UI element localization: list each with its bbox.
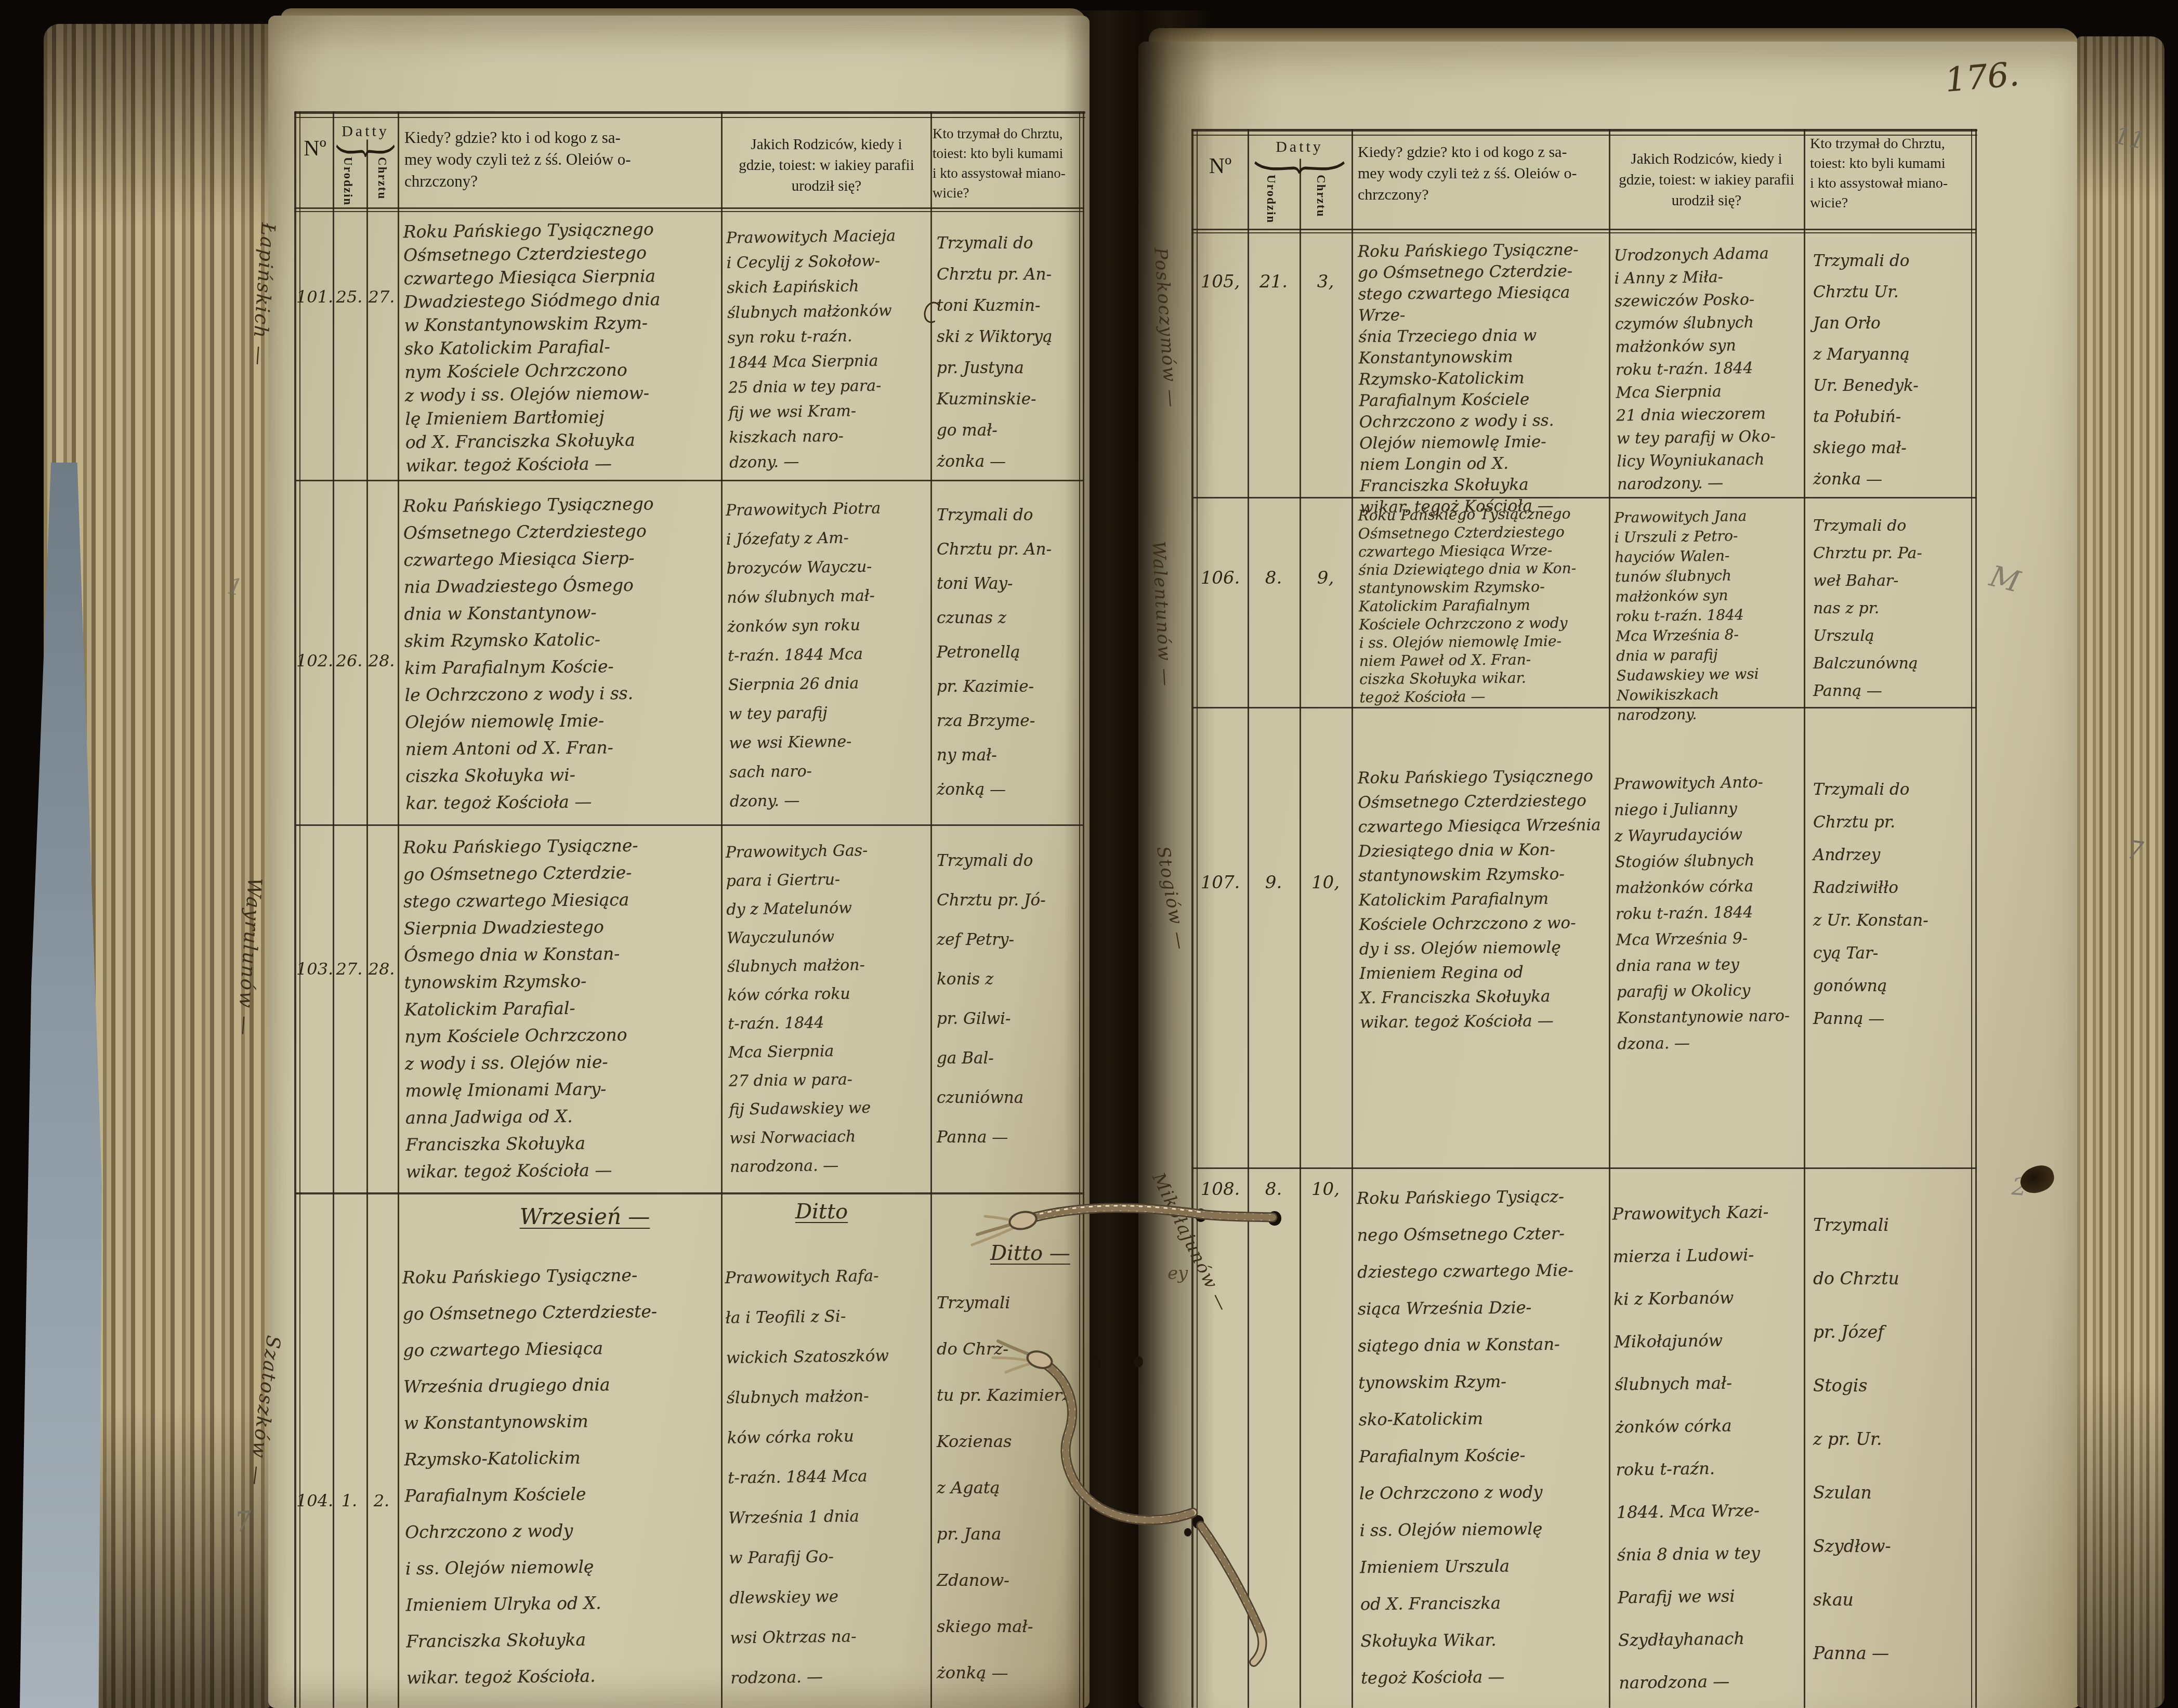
col-kiedy-header: Kiedy? gdzie? kto i od kogo z sa- mey wo…	[404, 127, 714, 192]
col-no-header: Nº	[1193, 154, 1248, 179]
col-kumowie-header: Kto trzymał do Chrztu, toiest: kto byli …	[933, 124, 1081, 203]
col-kumowie-header: Kto trzymał do Chrztu, toiest: kto byli …	[1810, 134, 1972, 213]
entry-kumowie: Trzymali do Chrztu pr. An- toni Kuzmin- …	[937, 228, 1082, 477]
right-page-stack-edge	[2077, 36, 2164, 1708]
col-rodzice-header: Jakich Rodziców, kiedy i gdzie, toiest: …	[725, 134, 928, 196]
col-datty-header: Datty	[1248, 138, 1352, 156]
section-header-wrzesien: Wrzesień —	[499, 1204, 671, 1229]
col-rodzice-header: Jakich Rodziców, kiedy i gdzie, toiest: …	[1611, 149, 1802, 211]
col-kiedy-header: Kiedy? gdzie? kto i od kogo z sa- mey wo…	[1358, 141, 1606, 205]
page-number: 176.	[1944, 55, 2020, 100]
datty-brace	[336, 143, 395, 157]
entry-rodzice: Prawowitych Macieja i Cecylij z Sokołow-…	[726, 223, 929, 475]
binding-twine	[956, 1185, 1300, 1684]
register-book-photo: 176. Nº Datty Urodzin Chrztu Kiedy? gdzi…	[0, 0, 2178, 1708]
col-no-header: Nº	[298, 136, 332, 161]
col-chrztu-header: Chrztu	[1314, 175, 1328, 247]
col-urodzin-header: Urodzin	[1264, 175, 1278, 247]
col-urodzin-header: Urodzin	[341, 157, 355, 230]
pencil-mark: 7	[233, 1505, 254, 1538]
ditto-mark: Ditto	[795, 1200, 848, 1224]
col-chrztu-header: Chrztu	[375, 157, 389, 230]
datty-brace	[1254, 160, 1345, 174]
entry-kiedy: Roku Pańskiego Tysiącznego Ośmsetnego Cz…	[403, 217, 719, 477]
col-datty-header: Datty	[333, 123, 398, 140]
